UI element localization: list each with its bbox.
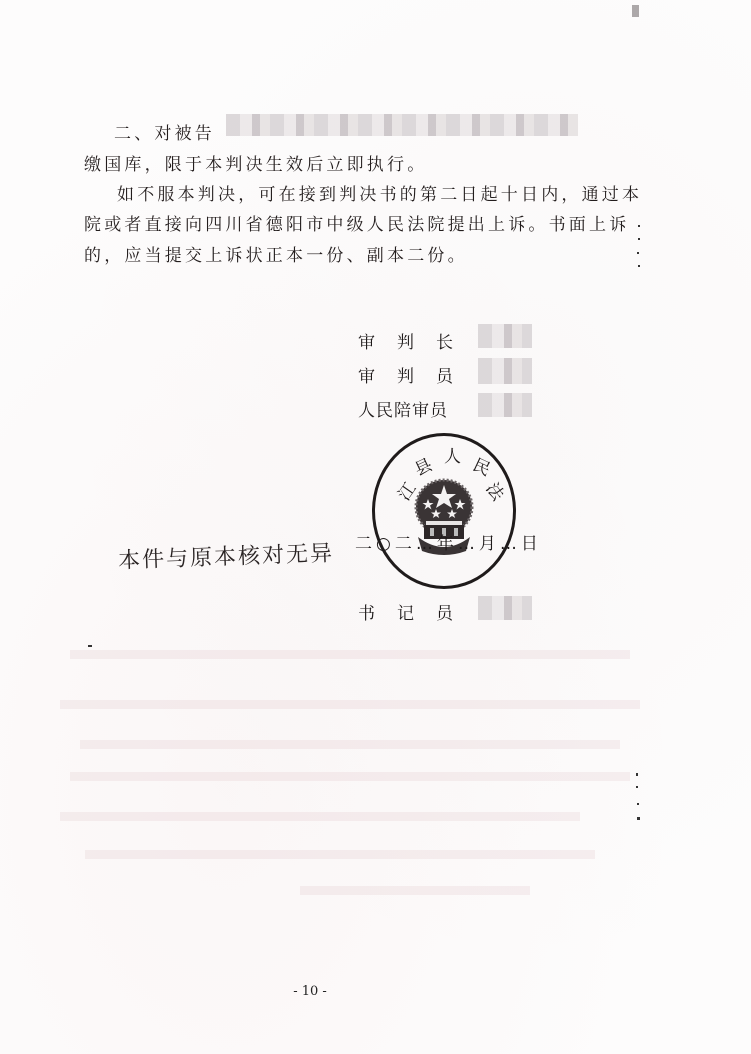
presiding-judge-label: 审判长 <box>358 328 475 353</box>
paragraph-appeal-1: 如不服本判决，可在接到判决书的第二日起十日内，通过本 <box>117 180 642 205</box>
clerk-name <box>478 596 532 620</box>
document-page: 二、对被告 缴国库，限于本判决生效后立即执行。 如不服本判决，可在接到判决书的第… <box>0 0 751 1054</box>
paragraph-item-2-lead: 二、对被告 <box>114 119 215 144</box>
corner-mark <box>632 5 639 17</box>
clerk-label: 书记员 <box>358 599 475 624</box>
seal-char: 人 <box>444 442 461 467</box>
page-number: - 10 - <box>0 984 620 999</box>
people-assessor-label: 人民陪审员 <box>358 396 448 421</box>
presiding-judge-name <box>478 324 532 348</box>
redacted-defendant-info <box>226 114 578 136</box>
judge-label: 审判员 <box>358 362 475 387</box>
paragraph-item-2-cont: 缴国库，限于本判决生效后立即执行。 <box>84 150 427 175</box>
judge-name <box>478 358 532 384</box>
judgment-date: 二○二…年…月…日 <box>355 529 542 554</box>
paragraph-appeal-3: 的，应当提交上诉状正本一份、副本二份。 <box>84 241 468 266</box>
copy-verification-stamp: 本件与原本核对无异 <box>118 536 335 575</box>
paragraph-appeal-2: 院或者直接向四川省德阳市中级人民法院提出上诉。书面上诉 <box>84 210 629 235</box>
people-assessor-name <box>478 393 532 417</box>
